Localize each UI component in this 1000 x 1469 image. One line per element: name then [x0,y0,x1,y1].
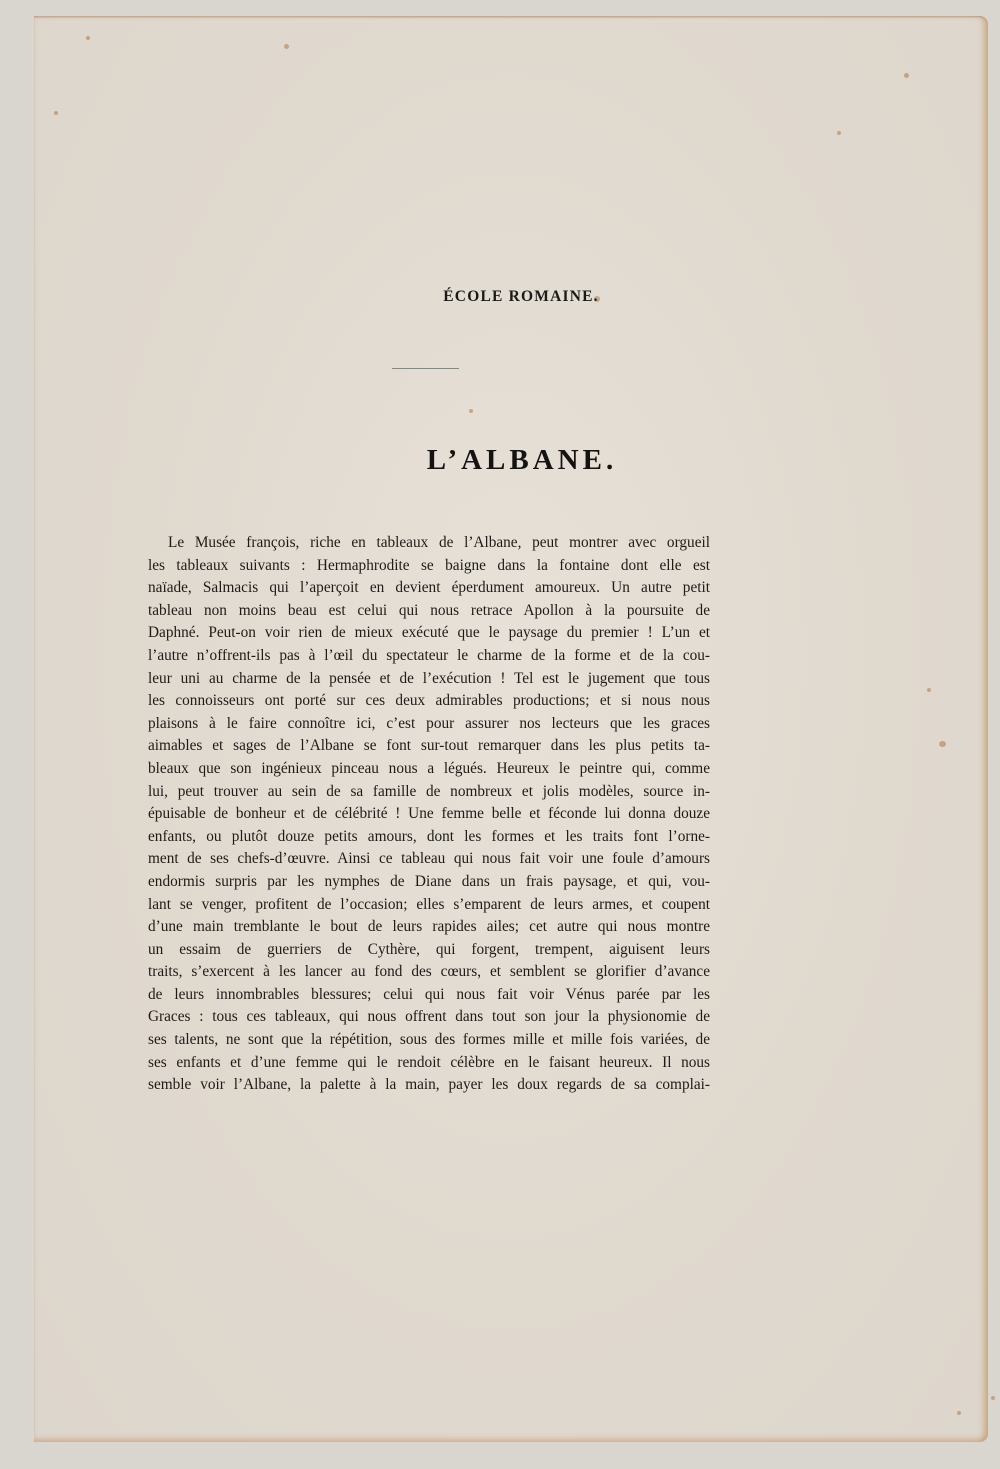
foxing-spot [86,36,90,40]
school-heading: ÉCOLE ROMAINE. [34,288,988,306]
text-line: les tableaux suivants : Hermaphrodite se… [148,555,710,578]
text-line: lant se venger, profitent de l’occasion;… [148,894,710,917]
text-line: plaisons à le faire connoître ici, c’est… [148,713,710,736]
text-line: lui, peut trouver au sein de sa famille … [148,781,710,804]
text-line: ment de ses chefs-d’œuvre. Ainsi ce tabl… [148,848,710,871]
foxing-spot [284,44,289,49]
foxing-spot [927,688,931,692]
text-line: aimables et sages de l’Albane se font su… [148,735,710,758]
text-line: naïade, Salmacis qui l’aperçoit en devie… [148,577,710,600]
text-line: Graces : tous ces tableaux, qui nous off… [148,1006,710,1029]
text-line: enfants, ou plutôt douze petits amours, … [148,826,710,849]
artist-title: L’ALBANE. [34,444,988,477]
text-line: semble voir l’Albane, la palette à la ma… [148,1074,710,1097]
foxing-spot [957,1411,961,1415]
foxing-spot [837,131,841,135]
foxing-spot [991,1396,995,1400]
text-line: épuisable de bonheur et de célébrité ! U… [148,803,710,826]
text-line: Daphné. Peut-on voir rien de mieux exécu… [148,622,710,645]
text-line: traits, s’exercent à les lancer au fond … [148,961,710,984]
text-line: ses talents, ne sont que la répétition, … [148,1029,710,1052]
text-line: tableau non moins beau est celui qui nou… [148,600,710,623]
text-line: leur uni au charme de la pensée et de l’… [148,668,710,691]
foxing-spot [469,409,473,413]
text-line: ses enfants et d’une femme qui le rendoi… [148,1052,710,1075]
foxing-spot [54,111,58,115]
text-line: un essaim de guerriers de Cythère, qui f… [148,939,710,962]
text-line: d’une main tremblante le bout de leurs r… [148,916,710,939]
paper-page: ÉCOLE ROMAINE. L’ALBANE. Le Musée franço… [34,16,988,1442]
body-paragraph: Le Musée françois, riche en tableaux de … [148,532,710,1097]
foxing-spot [939,741,946,747]
text-line: les connoisseurs ont porté sur ces deux … [148,690,710,713]
foxing-spot [904,73,909,78]
divider-rule [392,368,459,369]
text-line: endormis surpris par les nymphes de Dian… [148,871,710,894]
text-line: de leurs innombrables blessures; celui q… [148,984,710,1007]
text-line: Le Musée françois, riche en tableaux de … [148,532,710,555]
text-line: l’autre n’offrent-ils pas à l’œil du spe… [148,645,710,668]
text-line: bleaux que son ingénieux pinceau nous a … [148,758,710,781]
